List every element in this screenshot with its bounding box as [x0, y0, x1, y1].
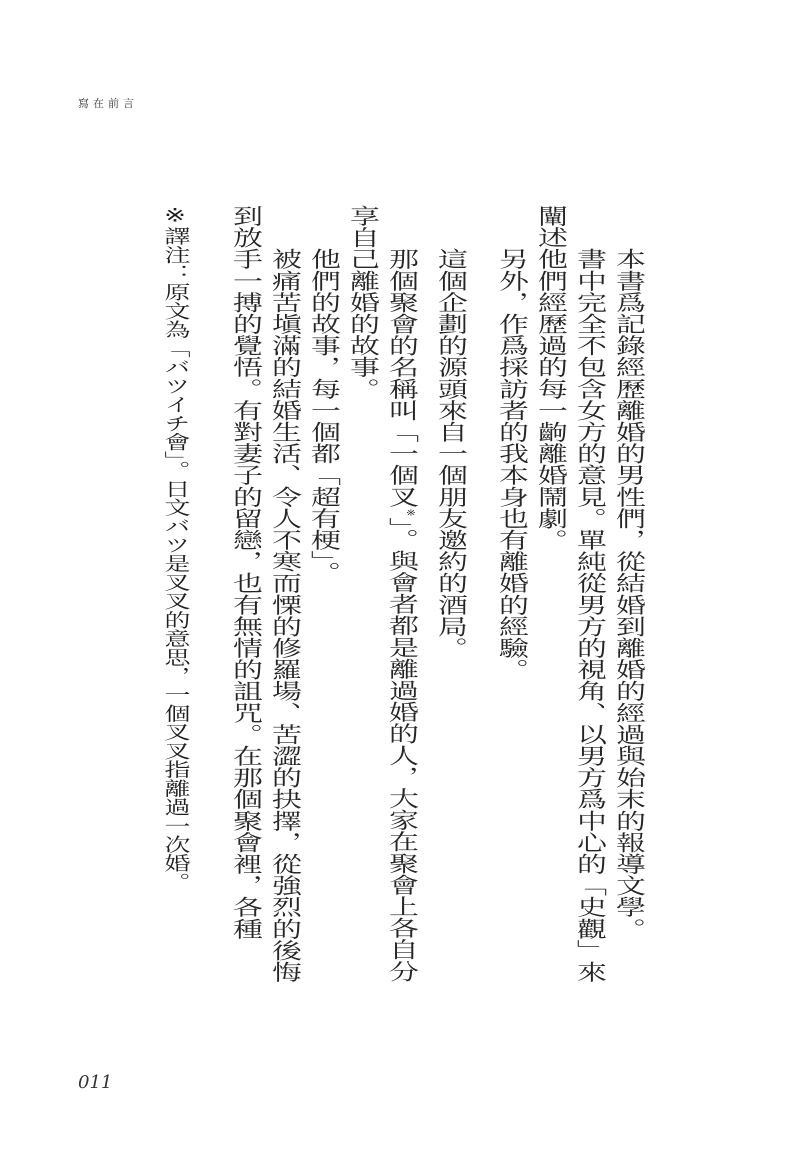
- paragraph: 書中完全不包含女方的意見。單純從男方的視角、以男方爲中心的「史觀」來闡述他們經歷…: [530, 205, 608, 983]
- text-run: 另外，作爲採訪者的我本身也有離婚的經驗。: [494, 248, 527, 680]
- paragraph: 那個聚會的名稱叫「一個叉※」。與會者都是離過婚的人，大家在聚會上各自分享自己離婚…: [342, 205, 430, 983]
- footnote-reference-marker: ※: [404, 507, 418, 517]
- text-run: 那個聚會的名稱叫「一個叉: [384, 248, 417, 507]
- section: 本書爲記錄經歷離婚的男性們，從結婚到離婚的經過與始末的報導文學。書中完全不包含女…: [491, 205, 647, 983]
- paragraph: 另外，作爲採訪者的我本身也有離婚的經驗。: [491, 205, 530, 983]
- text-run: 這個企劃的源頭來自一個朋友邀約的酒局。: [433, 248, 466, 658]
- vertical-text-block: 本書爲記錄經歷離婚的男性們，從結婚到離婚的經過與始末的報導文學。書中完全不包含女…: [156, 205, 647, 983]
- page-number: 011: [78, 1072, 112, 1093]
- book-page: 寫在前言 本書爲記錄經歷離婚的男性們，從結婚到離婚的經過與始末的報導文學。書中完…: [0, 0, 792, 1158]
- paragraph: 本書爲記錄經歷離婚的男性們，從結婚到離婚的經過與始末的報導文學。: [608, 205, 647, 983]
- text-run: 被痛苦塡滿的結婚生活、令人不寒而慄的修羅場、苦澀的抉擇，從強烈的後悔到放手一搏的…: [228, 205, 300, 983]
- text-run: 本書爲記錄經歷離婚的男性們，從結婚到離婚的經過與始末的報導文學。: [611, 248, 644, 939]
- paragraph: 被痛苦塡滿的結婚生活、令人不寒而慄的修羅場、苦澀的抉擇，從強烈的後悔到放手一搏的…: [225, 205, 303, 983]
- paragraph: 這個企劃的源頭來自一個朋友邀約的酒局。: [430, 205, 469, 983]
- sections: 本書爲記錄經歷離婚的男性們，從結婚到離婚的經過與始末的報導文學。書中完全不包含女…: [225, 205, 647, 983]
- footnote: ※譯注：原文為「バツイチ會」。日文バツ是叉叉的意思，一個叉叉指離過一次婚。: [156, 205, 195, 983]
- section: 這個企劃的源頭來自一個朋友邀約的酒局。那個聚會的名稱叫「一個叉※」。與會者都是離…: [225, 205, 469, 983]
- text-run: 書中完全不包含女方的意見。單純從男方的視角、以男方爲中心的「史觀」來闡述他們經歷…: [533, 205, 605, 983]
- paragraph: 他們的故事，每一個都「超有梗」。: [303, 205, 342, 983]
- running-header: 寫在前言: [78, 95, 138, 111]
- text-run: 他們的故事，每一個都「超有梗」。: [306, 248, 339, 583]
